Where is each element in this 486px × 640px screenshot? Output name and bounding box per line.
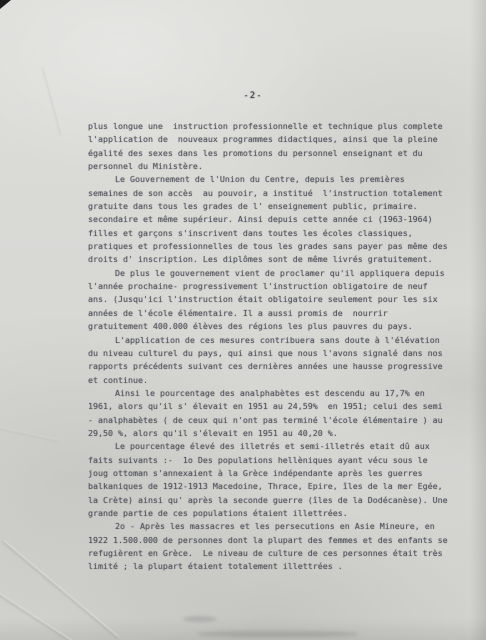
paper-edge-shadow-right xyxy=(470,0,486,640)
paragraph: L'application de ces mesures contribuera… xyxy=(88,334,448,387)
paragraph: De plus le gouvernement vient de proclam… xyxy=(88,267,448,334)
paper-crease xyxy=(43,67,63,135)
paragraph: Le pourcentage élevé des illetrés et sem… xyxy=(88,440,448,520)
scan-corner-mark xyxy=(0,0,11,9)
paragraph: Le Gouvernement de l'Union du Centre, de… xyxy=(88,173,448,266)
page-number: -2- xyxy=(88,91,418,101)
typewritten-text: plus longue une instruction professionne… xyxy=(88,120,448,574)
paper-crease xyxy=(0,421,59,442)
paragraph: 2o - Après les massacres et les persecut… xyxy=(88,520,448,573)
ink-smudge xyxy=(183,616,217,622)
scanned-page: -2- plus longue une instruction professi… xyxy=(0,0,486,640)
paragraph: Ainsi le pourcentage des analphabètes es… xyxy=(88,387,448,440)
ink-smudge xyxy=(198,631,358,637)
paragraph: plus longue une instruction professionne… xyxy=(88,120,448,173)
